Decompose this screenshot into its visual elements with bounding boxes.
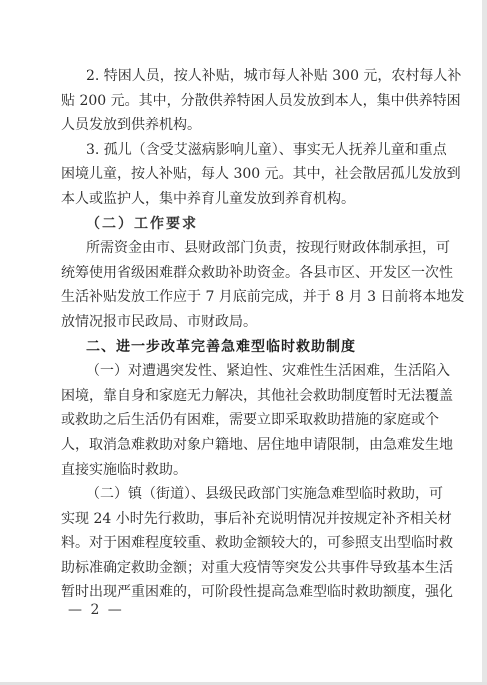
text-line: 人，取消急难救助对象户籍地、居住地申请限制，由急难发生地 [61, 433, 421, 458]
text-line: 统筹使用省级困难群众救助补助资金。各县市区、开发区一次性 [61, 261, 421, 286]
text-line: 直接实施临时救助。 [61, 458, 421, 483]
text-line: 放情况报市民政局、市财政局。 [61, 310, 421, 335]
paragraph-section-2-2: （二）镇（街道）、县级民政部门实施急难型临时救助，可 实现 24 小时先行救助，… [61, 482, 421, 605]
text-line: 助标准确定救助金额；对重大疫情等突发公共事件导致基本生活 [61, 556, 421, 581]
text-line: 本人或监护人，集中养育儿童发放到养育机构。 [61, 187, 421, 212]
page-number: — 2 — [68, 602, 124, 618]
text-line: （二）镇（街道）、县级民政部门实施急难型临时救助，可 [61, 482, 421, 507]
text-line: 生活补贴发放工作应于 7 月底前完成，并于 8 月 3 日前将本地发 [61, 285, 421, 310]
subheading-work-requirements: （二）工作要求 [61, 212, 421, 237]
document-page: 2. 特困人员，按人补贴，城市每人补贴 300 元，农村每人补 贴 200 元。… [0, 0, 482, 682]
text-line: 贴 200 元。其中，分散供养特困人员发放到本人，集中供养特困 [61, 89, 421, 114]
text-line: 困境，靠自身和家庭无力解决，其他社会救助制度暂时无法覆盖 [61, 384, 421, 409]
text-line: （一）对遭遇突发性、紧迫性、灾难性生活困难，生活陷入 [61, 359, 421, 384]
section-heading-2: 二、进一步改革完善急难型临时救助制度 [61, 335, 421, 360]
page-edge-shadow [482, 0, 487, 685]
text-line: 2. 特困人员，按人补贴，城市每人补贴 300 元，农村每人补 [61, 64, 421, 89]
text-line: 人员发放到供养机构。 [61, 113, 421, 138]
text-line: 或救助之后生活仍有困难，需要立即采取救助措施的家庭或个 [61, 408, 421, 433]
text-line: 实现 24 小时先行救助，事后补充说明情况并按规定补齐相关材 [61, 507, 421, 532]
text-line: 困境儿童，按人补贴，每人 300 元。其中，社会散居孤儿发放到 [61, 162, 421, 187]
heading-text: 二、进一步改革完善急难型临时救助制度 [61, 335, 421, 360]
text-line: 3. 孤儿（含受艾滋病影响儿童）、事实无人抚养儿童和重点 [61, 138, 421, 163]
paragraph-item-3: 3. 孤儿（含受艾滋病影响儿童）、事实无人抚养儿童和重点 困境儿童，按人补贴，每… [61, 138, 421, 212]
paragraph-funding: 所需资金由市、县财政部门负责，按现行财政体制承担，可 统筹使用省级困难群众救助补… [61, 236, 421, 334]
paragraph-section-2-1: （一）对遭遇突发性、紧迫性、灾难性生活困难，生活陷入 困境，靠自身和家庭无力解决… [61, 359, 421, 482]
paragraph-item-2: 2. 特困人员，按人补贴，城市每人补贴 300 元，农村每人补 贴 200 元。… [61, 64, 421, 138]
document-body: 2. 特困人员，按人补贴，城市每人补贴 300 元，农村每人补 贴 200 元。… [61, 64, 421, 605]
text-line: 所需资金由市、县财政部门负责，按现行财政体制承担，可 [61, 236, 421, 261]
text-line: 料。对于困难程度较重、救助金额较大的，可参照支出型临时救 [61, 531, 421, 556]
subheading-text: （二）工作要求 [61, 212, 421, 237]
